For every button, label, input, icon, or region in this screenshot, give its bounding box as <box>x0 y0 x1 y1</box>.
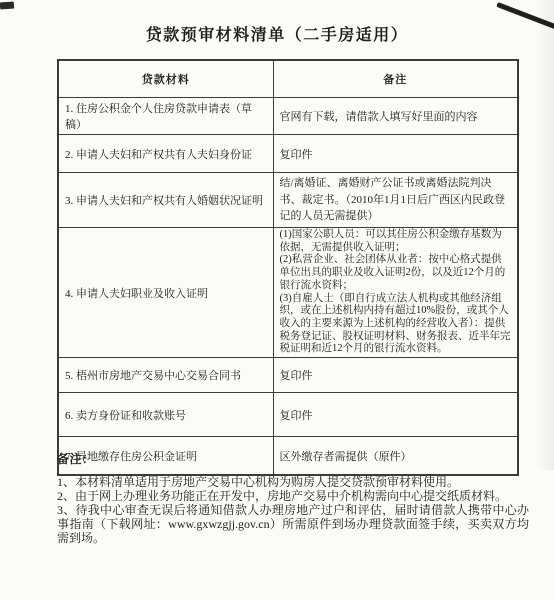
note-item: 1、本材料清单适用于房地产交易中心机构为购房人提交贷款预审材料使用。 <box>57 475 529 489</box>
notes-section: 备注： 1、本材料清单适用于房地产交易中心机构为购房人提交贷款预审材料使用。2、… <box>57 452 529 545</box>
material-cell: 5. 梧州市房地产交易中心交易合同书 <box>58 358 273 393</box>
notes-label: 备注： <box>57 452 529 466</box>
remark-cell: 官网有下载，请借款人填写好里面的内容 <box>273 98 518 135</box>
table-row: 6. 卖方身份证和收款账号复印件 <box>58 393 518 437</box>
remark-cell: 复印件 <box>273 135 518 173</box>
material-cell: 6. 卖方身份证和收款账号 <box>58 393 273 437</box>
material-cell: 1. 住房公积金个人住房贷款申请表（草稿） <box>58 98 273 135</box>
scanned-document-page: 贷款预审材料清单（二手房适用） 贷款材料 备注 1. 住房公积金个人住房贷款申请… <box>0 0 554 600</box>
table-row: 5. 梧州市房地产交易中心交易合同书复印件 <box>58 358 518 393</box>
materials-table: 贷款材料 备注 1. 住房公积金个人住房贷款申请表（草稿）官网有下载，请借款人填… <box>57 59 519 476</box>
table-row: 4. 申请人夫妇职业及收入证明(1)国家公职人员：可以其住房公积金缴存基数为依据… <box>58 228 518 358</box>
header-materials: 贷款材料 <box>58 60 273 98</box>
remark-cell: 复印件 <box>273 358 518 393</box>
note-item: 2、由于网上办理业务功能正在开发中，房地产交易中介机构需向中心提交纸质材料。 <box>57 489 529 503</box>
notes-list: 1、本材料清单适用于房地产交易中心机构为购房人提交贷款预审材料使用。2、由于网上… <box>57 475 529 545</box>
material-cell: 3. 申请人夫妇和产权共有人婚姻状况证明 <box>58 173 273 228</box>
scan-edge-shading <box>536 0 554 470</box>
table-row: 1. 住房公积金个人住房贷款申请表（草稿）官网有下载，请借款人填写好里面的内容 <box>58 98 518 135</box>
note-item: 3、待我中心审查无误后将通知借款人办理房地产过户和评估，届时请借款人携带中心办事… <box>57 503 529 545</box>
table-header-row: 贷款材料 备注 <box>58 60 518 98</box>
remark-cell: 结/离婚证、离婚财产公证书或离婚法院判决书、裁定书。（2010年1月1日后广西区… <box>273 173 518 228</box>
material-cell: 2. 申请人夫妇和产权共有人夫妇身份证 <box>58 135 273 173</box>
header-remarks: 备注 <box>273 60 518 98</box>
remark-cell: (1)国家公职人员：可以其住房公积金缴存基数为依据，无需提供收入证明； (2)私… <box>273 228 518 358</box>
remark-cell: 复印件 <box>273 393 518 437</box>
scan-artifact-top-left <box>0 2 14 10</box>
table-row: 2. 申请人夫妇和产权共有人夫妇身份证复印件 <box>58 135 518 173</box>
material-cell: 4. 申请人夫妇职业及收入证明 <box>58 228 273 358</box>
page-title: 贷款预审材料清单（二手房适用） <box>0 22 554 45</box>
table-row: 3. 申请人夫妇和产权共有人婚姻状况证明结/离婚证、离婚财产公证书或离婚法院判决… <box>58 173 518 228</box>
